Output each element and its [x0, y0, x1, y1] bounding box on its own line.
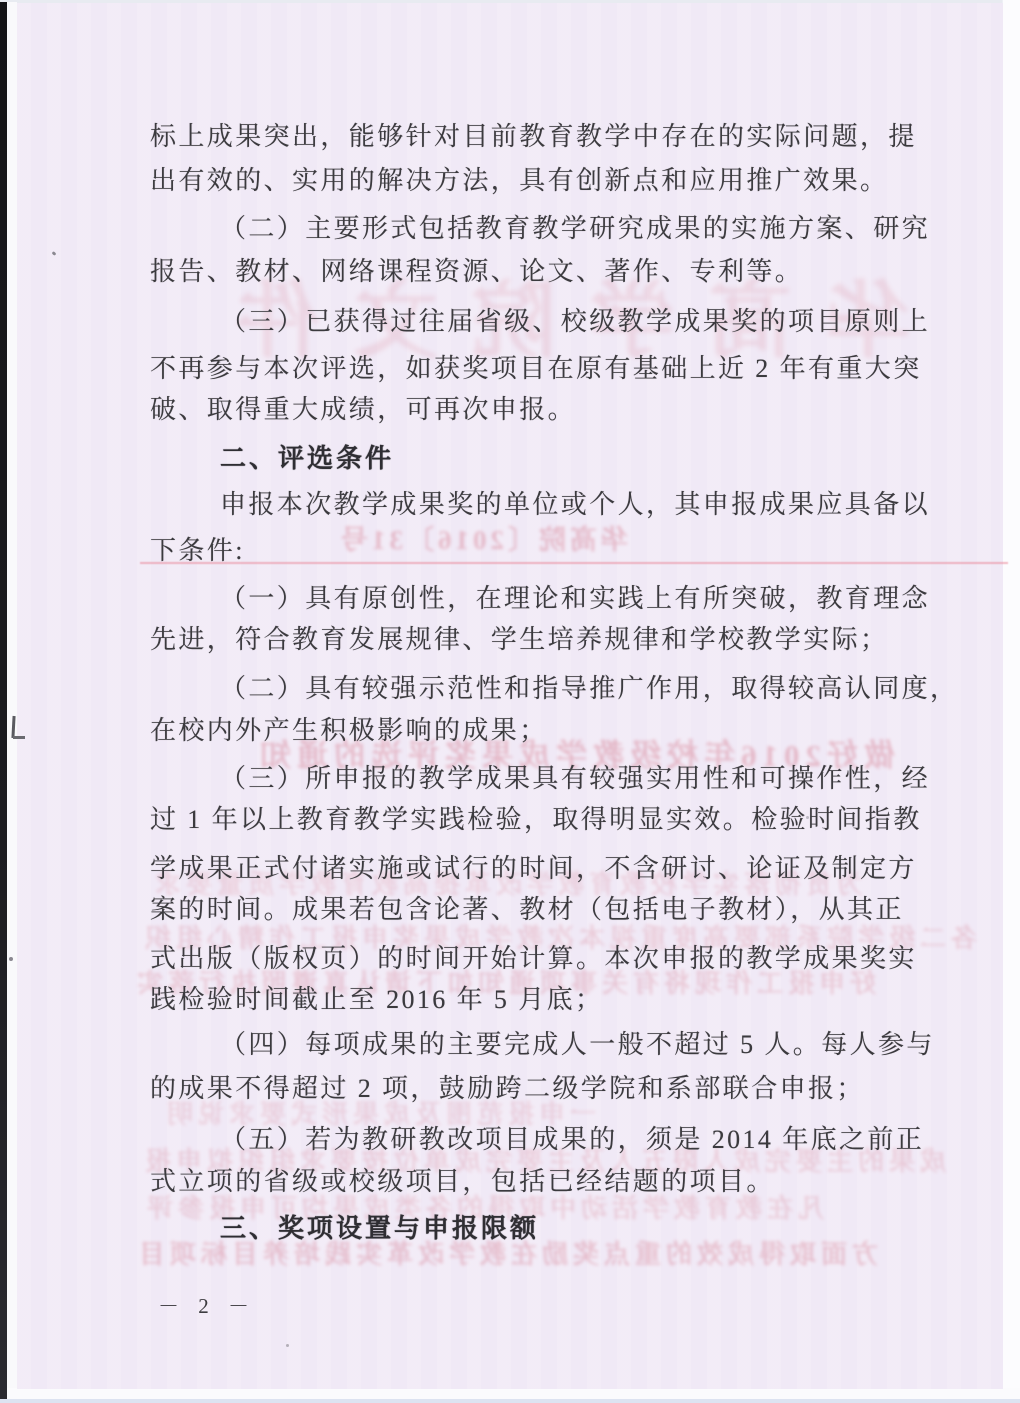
scan-bottom-margin — [7, 1388, 1020, 1399]
body-text-line: （三）所申报的教学成果具有较强实用性和可操作性，经 — [150, 758, 965, 795]
body-text-line: （一）具有原创性，在理论和实践上有所突破，教育理念 — [150, 578, 965, 615]
body-text-line: 在校内外产生积极影响的成果； — [150, 710, 895, 747]
section-heading: 二、评选条件 — [150, 438, 965, 475]
body-text-line: 下条件: — [150, 530, 895, 567]
scanned-document-page: 华高学院文件 华高院〔2016〕31号 做好2016年校级教学成果奖评选的通知 … — [0, 0, 1020, 1403]
body-text-line: 出有效的、实用的解决方法，具有创新点和应用推广效果。 — [150, 160, 895, 197]
body-text-line: （四）每项成果的主要完成人一般不超过 5 人。每人参与 — [150, 1024, 965, 1061]
body-text-line: 式立项的省级或校级项目，包括已经结题的项目。 — [150, 1161, 895, 1198]
scan-left-margin — [7, 2, 17, 1392]
body-text-line: 过 1 年以上教育教学实践检验，取得明显实效。检验时间指教 — [150, 799, 895, 836]
body-text-line: 报告、教材、网络课程资源、论文、著作、专利等。 — [150, 251, 895, 288]
body-text-line: 先进，符合教育发展规律、学生培养规律和学校教学实际； — [150, 619, 895, 656]
page-number: － 2 － — [158, 1290, 256, 1320]
scan-right-margin — [1002, 0, 1020, 1403]
body-text-line: 学成果正式付诸实施或试行的时间，不含研讨、论证及制定方 — [150, 848, 895, 885]
body-text-line: （三）已获得过往届省级、校级教学成果奖的项目原则上 — [150, 301, 965, 338]
body-text-line: 破、取得重大成绩，可再次申报。 — [150, 389, 895, 426]
body-text-line: 不再参与本次评选，如获奖项目在原有基础上近 2 年有重大突 — [150, 348, 895, 385]
body-text-line: 式出版（版权页）的时间开始计算。本次申报的教学成果奖实 — [150, 938, 895, 975]
body-text-line: 践检验时间截止至 2016 年 5 月底； — [150, 979, 895, 1016]
scan-bottom-edge — [0, 1399, 1020, 1403]
body-text-line: （二）主要形式包括教育教学研究成果的实施方案、研究 — [150, 208, 965, 245]
body-text-line: （五）若为教研教改项目成果的，须是 2014 年底之前正 — [150, 1119, 965, 1156]
scan-left-dark-edge — [0, 2, 7, 1400]
body-text-line: 申报本次教学成果奖的单位或个人，其申报成果应具备以 — [150, 484, 965, 521]
body-text-line: 的成果不得超过 2 项，鼓励跨二级学院和系部联合申报； — [150, 1068, 895, 1105]
body-text-line: （二）具有较强示范性和指导推广作用，取得较高认同度， — [150, 668, 965, 705]
section-heading: 三、奖项设置与申报限额 — [150, 1208, 965, 1245]
body-text-line: 案的时间。成果若包含论著、教材（包括电子教材），从其正 — [150, 889, 895, 926]
body-text-line: 标上成果突出，能够针对目前教育教学中存在的实际问题，提 — [150, 116, 895, 153]
